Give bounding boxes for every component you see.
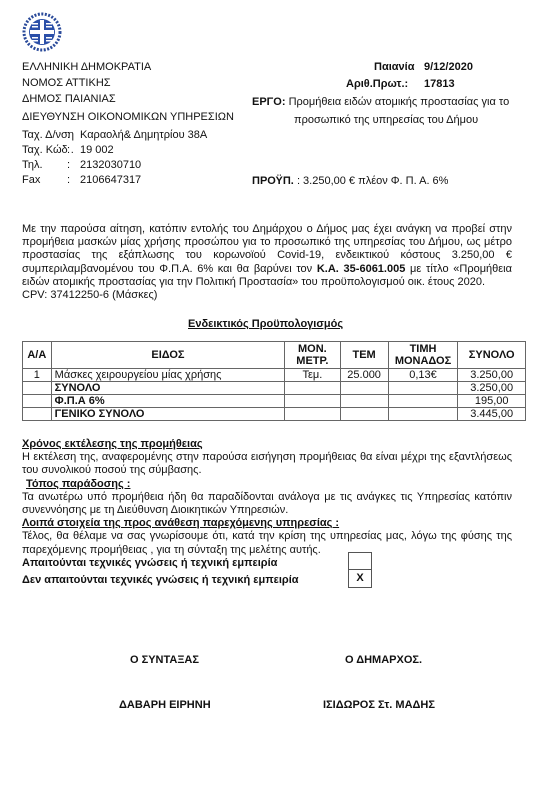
subtotal-row: ΣΥΝΟΛΟ 3.250,00 [23, 382, 526, 395]
no-expertise-label: Δεν απαιτούνται τεχνικές γνώσεις ή τεχνι… [22, 574, 299, 586]
vat-row: Φ.Π.Α 6% 195,00 [23, 395, 526, 408]
fax-label: Fax [22, 174, 40, 186]
no-expertise-checkbox[interactable]: Χ [348, 569, 372, 588]
other-details-text: Τέλος, θα θέλαμε να σας γνωρίσουμε ότι, … [22, 530, 512, 556]
grand-total-row: ΓΕΝΙΚΟ ΣΥΝΟΛΟ 3.445,00 [23, 408, 526, 421]
col-qty: ΤΕΜ [340, 342, 388, 369]
col-total: ΣΥΝΟΛΟ [458, 342, 526, 369]
subtotal-label: ΣΥΝΟΛΟ [51, 382, 285, 395]
greek-coat-of-arms-emblem [22, 12, 62, 52]
mayor-name: ΙΣΙΔΩΡΟΣ Στ. ΜΑΔΗΣ [323, 699, 435, 711]
header-country: ΕΛΛΗΝΙΚΗ ΔΗΜΟΚΡΑΤΙΑ [22, 61, 151, 73]
delivery-place-title: Τόπος παράδοσης : [22, 478, 512, 491]
intro-paragraph: Με την παρούσα αίτηση, κατόπιν εντολής τ… [22, 223, 512, 302]
vat-label: Φ.Π.Α 6% [51, 395, 285, 408]
requires-expertise-checkbox[interactable] [348, 552, 372, 570]
author-role: Ο ΣΥΝΤΑΞΑΣ [130, 654, 199, 666]
fax-value: 2106647317 [80, 174, 141, 186]
table-header-row: Α/Α ΕΙΔΟΣ ΜΟΝ. ΜΕΤΡ. ΤΕΜ ΤΙΜΗ ΜΟΝΑΔΟΣ ΣΥ… [23, 342, 526, 369]
budget-table-title: Ενδεικτικός Προϋπολογισμός [188, 318, 343, 330]
budget-label: ΠΡΟΫΠ. [252, 175, 294, 187]
phone-value: 2132030710 [80, 159, 141, 171]
protocol-label: Αριθ.Πρωτ.: [346, 78, 408, 90]
cell-item: Μάσκες χειρουργείου μίας χρήσης [51, 369, 285, 382]
project-line-2: προσωπικό της υπηρεσίας του Δήμου [294, 114, 478, 126]
table-row: 1 Μάσκες χειρουργείου μίας χρήσης Τεμ. 2… [23, 369, 526, 382]
project-line-1: ΕΡΓΟ: Προμήθεια ειδών ατομικής προστασία… [252, 96, 509, 108]
budget-table: Α/Α ΕΙΔΟΣ ΜΟΝ. ΜΕΤΡ. ΤΕΜ ΤΙΜΗ ΜΟΝΑΔΟΣ ΣΥ… [22, 341, 526, 421]
author-name: ΔΑΒΑΡΗ ΕΙΡΗΝΗ [119, 699, 211, 711]
col-item: ΕΙΔΟΣ [51, 342, 285, 369]
place: Παιανία [374, 61, 414, 73]
execution-time-title: Χρόνος εκτέλεσης της προμήθειας [22, 438, 512, 451]
cell-unit: Τεμ. [285, 369, 340, 382]
cell-qty: 25.000 [340, 369, 388, 382]
col-price: ΤΙΜΗ ΜΟΝΑΔΟΣ [388, 342, 458, 369]
project-title: Προμήθεια ειδών ατομικής προστασίας για … [289, 96, 510, 108]
postcode-value: 19 002 [80, 144, 114, 156]
mayor-role: Ο ΔΗΜΑΡΧΟΣ. [345, 654, 422, 666]
requires-expertise-label: Απαιτούνται τεχνικές γνώσεις ή τεχνική ε… [22, 557, 277, 569]
phone-colon: : [67, 159, 70, 171]
phone-label: Τηλ. [22, 159, 43, 171]
subtotal-value: 3.250,00 [458, 382, 526, 395]
budget-summary: ΠΡΟΫΠ. : 3.250,00 € πλέον Φ. Π. Α. 6% [252, 175, 448, 187]
col-unit: ΜΟΝ. ΜΕΤΡ. [285, 342, 340, 369]
grand-total-label: ΓΕΝΙΚΟ ΣΥΝΟΛΟ [51, 408, 285, 421]
fax-colon: : [67, 174, 70, 186]
header-municipality: ΔΗΜΟΣ ΠΑΙΑΝΙΑΣ [22, 93, 116, 105]
header-prefecture: ΝΟΜΟΣ ΑΤΤΙΚΗΣ [22, 77, 111, 89]
delivery-place-text: Τα ανωτέρω υπό προμήθεια ήδη θα παραδίδο… [22, 491, 512, 517]
project-label: ΕΡΓΟ: [252, 96, 286, 108]
execution-time-text: Η εκτέλεση της, αναφερομένης στην παρούσ… [22, 451, 512, 477]
budget-value: : 3.250,00 € πλέον Φ. Π. Α. 6% [297, 175, 449, 187]
date: 9/12/2020 [424, 61, 473, 73]
header-department: ΔΙΕΥΘΥΝΣΗ ΟΙΚΟΝΟΜΙΚΩΝ ΥΠΗΡΕΣΙΩΝ [22, 111, 234, 123]
address-value: Καραολή& Δημητρίου 38Α [80, 129, 207, 141]
budget-code: Κ.Α. 35-6061.005 [317, 263, 405, 275]
protocol-number: 17813 [424, 78, 455, 90]
postcode-colon: : [67, 144, 70, 156]
other-details-title: Λοιπά στοιχεία της προς ανάθεση παρεχόμε… [22, 517, 512, 530]
cell-price: 0,13€ [388, 369, 458, 382]
cell-aa: 1 [23, 369, 52, 382]
execution-time-section: Χρόνος εκτέλεσης της προμήθειας Η εκτέλε… [22, 438, 512, 557]
cell-total: 3.250,00 [458, 369, 526, 382]
address-colon: : [67, 129, 70, 141]
vat-value: 195,00 [458, 395, 526, 408]
grand-total-value: 3.445,00 [458, 408, 526, 421]
cpv-code: CPV: 37412250-6 (Μάσκες) [22, 289, 512, 302]
col-aa: Α/Α [23, 342, 52, 369]
